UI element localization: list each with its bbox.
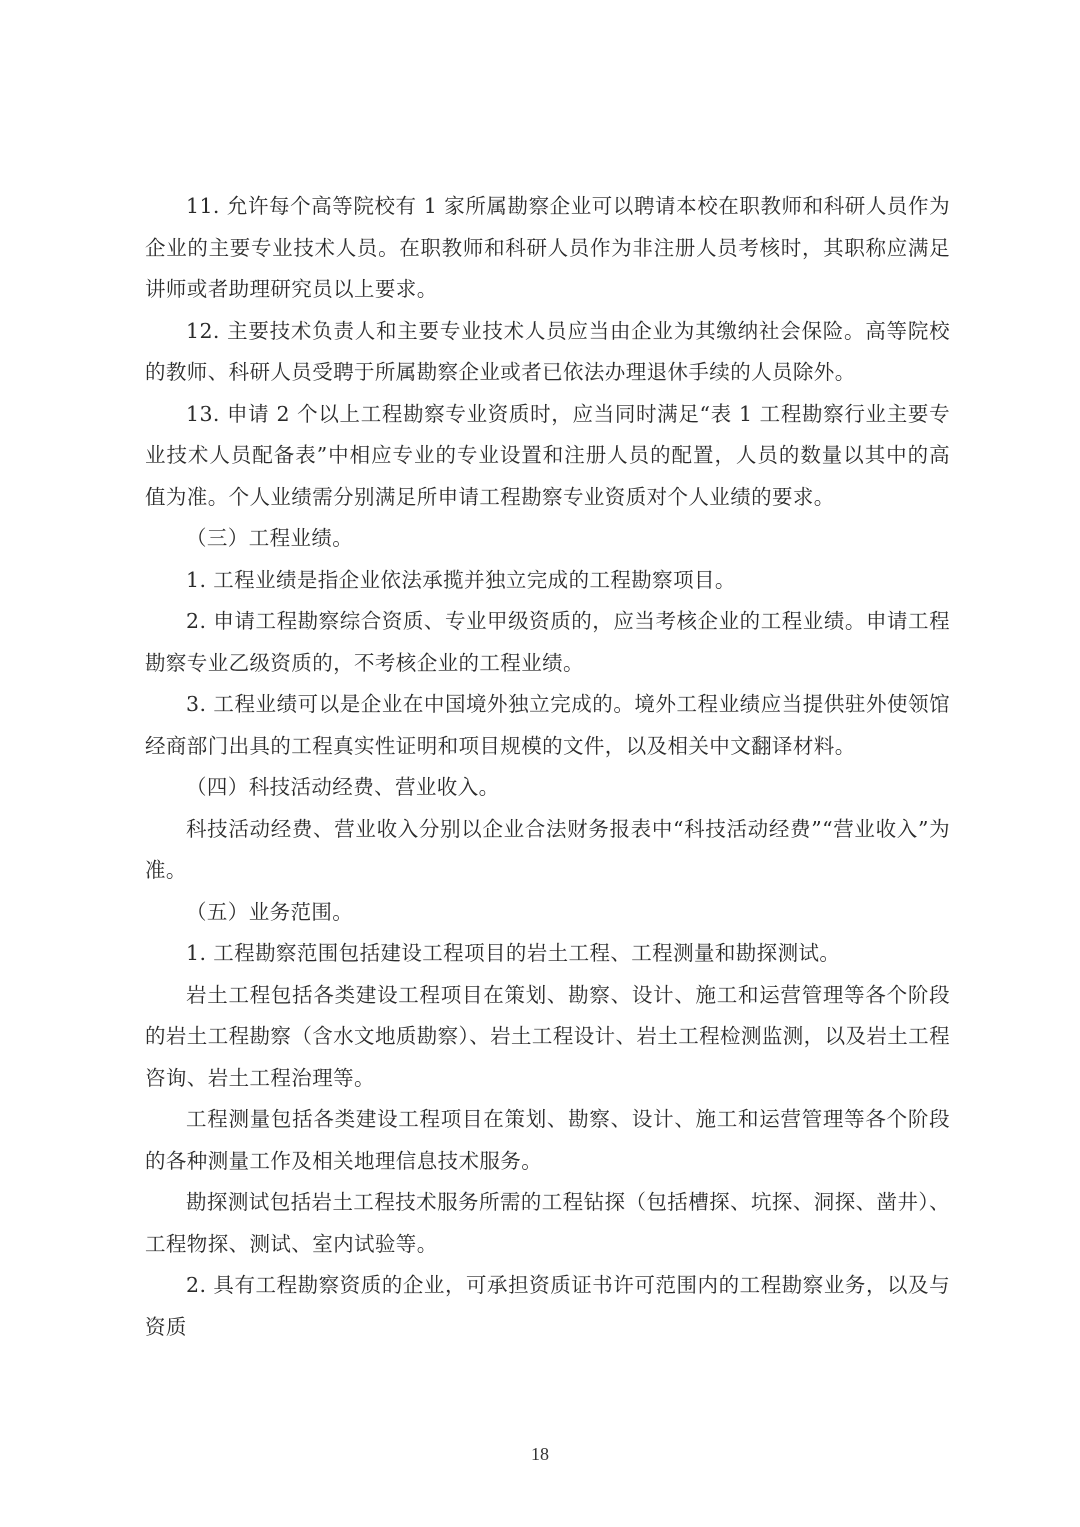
paragraph-performance-2: 2. 申请工程勘察综合资质、专业甲级资质的，应当考核企业的工程业绩。申请工程勘察…	[145, 601, 950, 684]
paragraph-scope-1: 1. 工程勘察范围包括建设工程项目的岩土工程、工程测量和勘探测试。	[145, 933, 950, 975]
paragraph-performance-1: 1. 工程业绩是指企业依法承揽并独立完成的工程勘察项目。	[145, 560, 950, 602]
paragraph-item-13: 13. 申请 2 个以上工程勘察专业资质时，应当同时满足“表 1 工程勘察行业主…	[145, 394, 950, 519]
paragraph-scope-2: 2. 具有工程勘察资质的企业，可承担资质证书许可范围内的工程勘察业务，以及与资质	[145, 1265, 950, 1348]
paragraph-funding: 科技活动经费、营业收入分别以企业合法财务报表中“科技活动经费”“营业收入”为准。	[145, 809, 950, 892]
section-heading-5: （五）业务范围。	[145, 892, 950, 934]
paragraph-performance-3: 3. 工程业绩可以是企业在中国境外独立完成的。境外工程业绩应当提供驻外使领馆经商…	[145, 684, 950, 767]
document-body: 11. 允许每个高等院校有 1 家所属勘察企业可以聘请本校在职教师和科研人员作为…	[145, 186, 950, 1348]
paragraph-surveying: 工程测量包括各类建设工程项目在策划、勘察、设计、施工和运营管理等各个阶段的各种测…	[145, 1099, 950, 1182]
paragraph-geotechnical: 岩土工程包括各类建设工程项目在策划、勘察、设计、施工和运营管理等各个阶段的岩土工…	[145, 975, 950, 1100]
page-number: 18	[0, 1444, 1080, 1465]
paragraph-item-12: 12. 主要技术负责人和主要专业技术人员应当由企业为其缴纳社会保险。高等院校的教…	[145, 311, 950, 394]
paragraph-exploration: 勘探测试包括岩土工程技术服务所需的工程钻探（包括槽探、坑探、洞探、凿井）、工程物…	[145, 1182, 950, 1265]
section-heading-4: （四）科技活动经费、营业收入。	[145, 767, 950, 809]
section-heading-3: （三）工程业绩。	[145, 518, 950, 560]
paragraph-item-11: 11. 允许每个高等院校有 1 家所属勘察企业可以聘请本校在职教师和科研人员作为…	[145, 186, 950, 311]
